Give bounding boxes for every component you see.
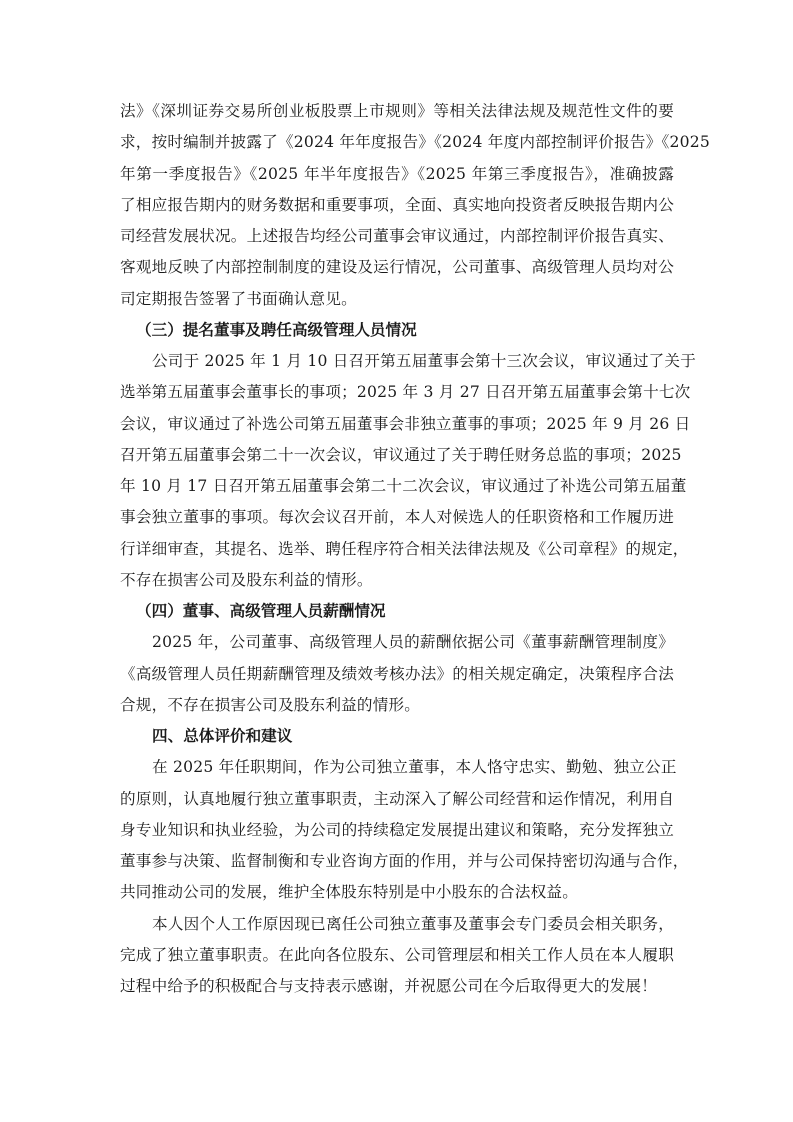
text-line: 年 10 月 17 日召开第五届董事会第二十二次会议，审议通过了补选公司第五届董	[120, 471, 674, 502]
text-line: 过程中给予的积极配合与支持表示感谢，并祝愿公司在今后取得更大的发展！	[120, 971, 674, 1002]
paragraph-evaluation: 在 2025 年任职期间，作为公司独立董事，本人恪守忠实、勤勉、独立公正 的原则…	[120, 752, 674, 908]
text-line: 了相应报告期内的财务数据和重要事项，全面、真实地向投资者反映报告期内公	[120, 190, 674, 221]
paragraph-nomination: 公司于 2025 年 1 月 10 日召开第五届董事会第十三次会议，审议通过了关…	[120, 346, 674, 596]
text-line: 会议，审议通过了补选公司第五届董事会非独立董事的事项；2025 年 9 月 26…	[120, 409, 674, 440]
section-heading-nomination: （三）提名董事及聘任高级管理人员情况	[120, 315, 674, 346]
text-line: 合规，不存在损害公司及股东利益的情形。	[120, 690, 674, 721]
text-line: 事会独立董事的事项。每次会议召开前，本人对候选人的任职资格和工作履历进	[120, 502, 674, 533]
text-line: 不存在损害公司及股东利益的情形。	[120, 565, 674, 596]
document-page: 法》《深圳证券交易所创业板股票上市规则》等相关法律法规及规范性文件的要 求，按时…	[120, 96, 674, 1002]
text-line: 行详细审查，其提名、选举、聘任程序符合相关法律法规及《公司章程》的规定，	[120, 534, 674, 565]
text-line: 《高级管理人员任期薪酬管理及绩效考核办法》的相关规定确定，决策程序合法	[120, 659, 674, 690]
paragraph-periodic-reports: 法》《深圳证券交易所创业板股票上市规则》等相关法律法规及规范性文件的要 求，按时…	[120, 96, 674, 315]
paragraph-compensation: 2025 年，公司董事、高级管理人员的薪酬依据公司《董事薪酬管理制度》 《高级管…	[120, 627, 674, 721]
section-heading-compensation: （四）董事、高级管理人员薪酬情况	[120, 596, 674, 627]
text-line: 完成了独立董事职责。在此向各位股东、公司管理层和相关工作人员在本人履职	[120, 940, 674, 971]
text-line: 法》《深圳证券交易所创业板股票上市规则》等相关法律法规及规范性文件的要	[120, 96, 674, 127]
text-line: 召开第五届董事会第二十一次会议，审议通过了关于聘任财务总监的事项；2025	[120, 440, 674, 471]
text-line: 选举第五届董事会董事长的事项；2025 年 3 月 27 日召开第五届董事会第十…	[120, 377, 674, 408]
text-line: 在 2025 年任职期间，作为公司独立董事，本人恪守忠实、勤勉、独立公正	[120, 752, 674, 783]
text-line: 司定期报告签署了书面确认意见。	[120, 284, 674, 315]
text-line: 2025 年，公司董事、高级管理人员的薪酬依据公司《董事薪酬管理制度》	[120, 627, 674, 658]
text-line: 共同推动公司的发展，维护全体股东特别是中小股东的合法权益。	[120, 877, 674, 908]
chapter-heading-overall-evaluation: 四、总体评价和建议	[120, 721, 674, 752]
text-line: 年第一季度报告》《2025 年半年度报告》《2025 年第三季度报告》，准确披露	[120, 159, 674, 190]
paragraph-resignation: 本人因个人工作原因现已离任公司独立董事及董事会专门委员会相关职务， 完成了独立董…	[120, 909, 674, 1003]
text-line: 身专业知识和执业经验，为公司的持续稳定发展提出建议和策略，充分发挥独立	[120, 815, 674, 846]
text-line: 董事参与决策、监督制衡和专业咨询方面的作用，并与公司保持密切沟通与合作，	[120, 846, 674, 877]
text-line: 本人因个人工作原因现已离任公司独立董事及董事会专门委员会相关职务，	[120, 909, 674, 940]
text-line: 公司于 2025 年 1 月 10 日召开第五届董事会第十三次会议，审议通过了关…	[120, 346, 674, 377]
text-line: 客观地反映了内部控制制度的建设及运行情况，公司董事、高级管理人员均对公	[120, 252, 674, 283]
text-line: 求，按时编制并披露了《2024 年年度报告》《2024 年度内部控制评价报告》《…	[120, 127, 674, 158]
text-line: 司经营发展状况。上述报告均经公司董事会审议通过，内部控制评价报告真实、	[120, 221, 674, 252]
text-line: 的原则，认真地履行独立董事职责，主动深入了解公司经营和运作情况，利用自	[120, 784, 674, 815]
